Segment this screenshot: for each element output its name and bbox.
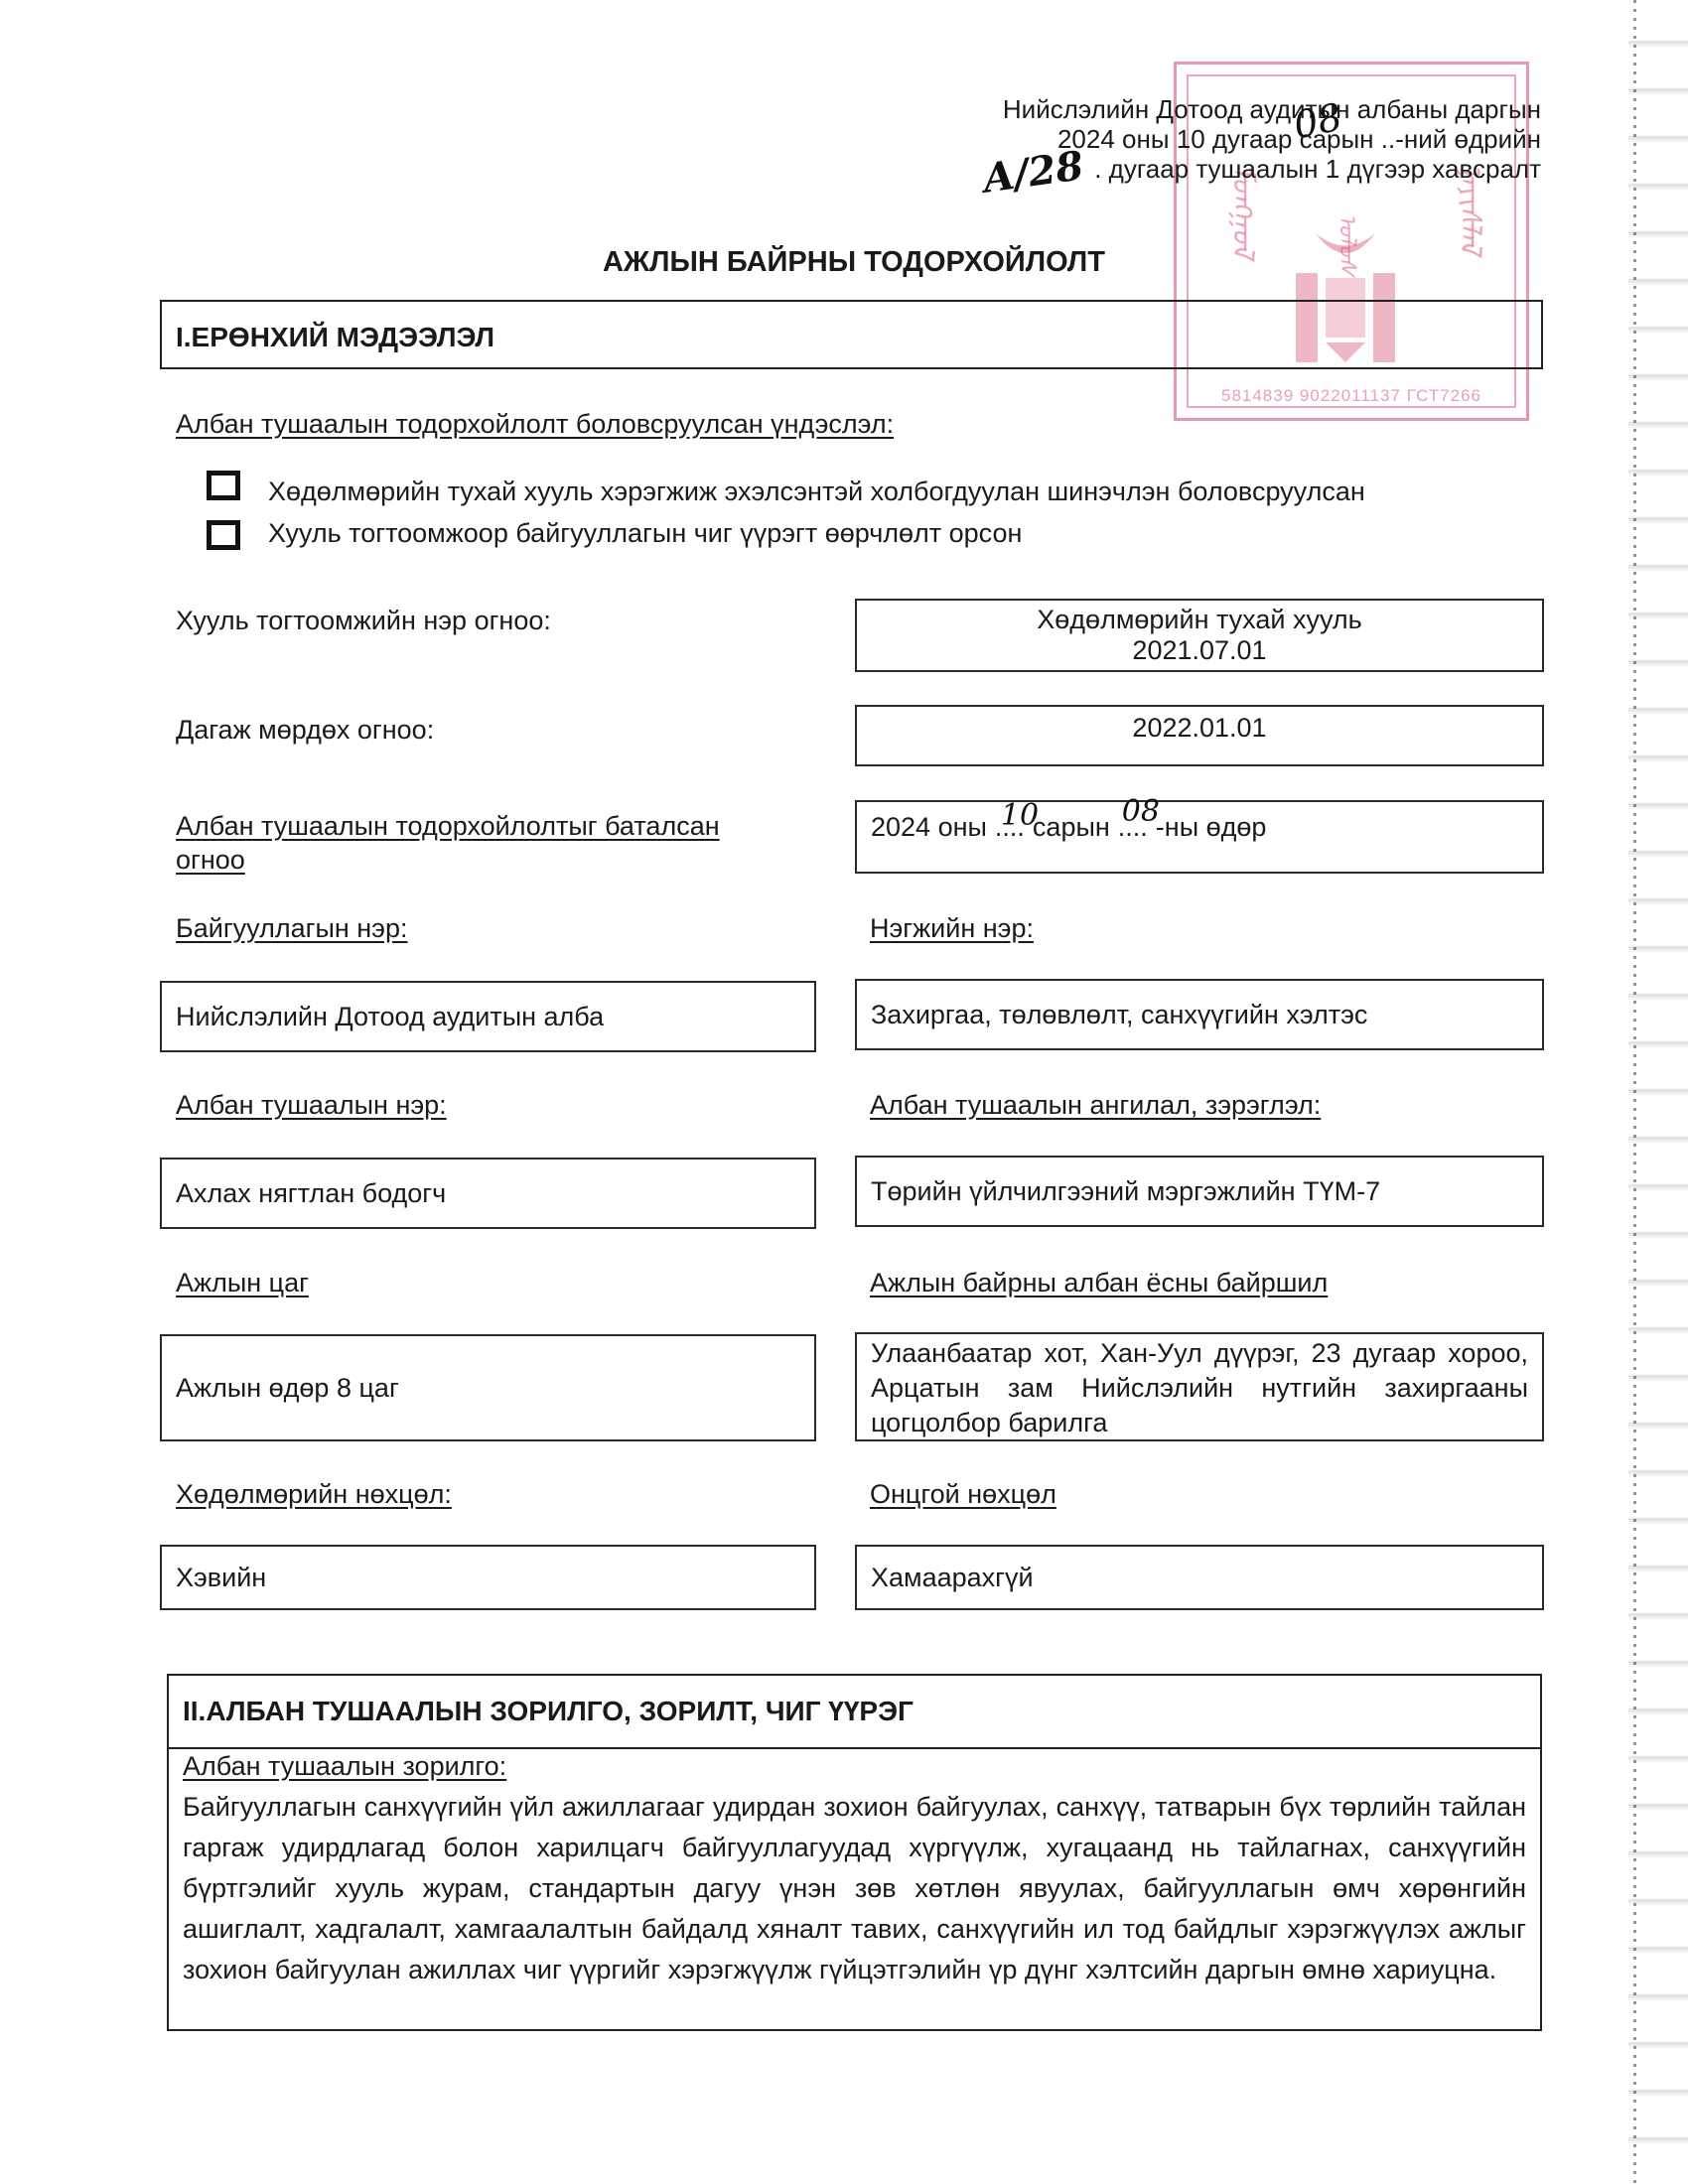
unit-label: Нэгжийн нэр: — [870, 913, 1034, 944]
approved-month-word: сарын — [1033, 812, 1110, 843]
approved-date-label: Албан тушаалын тодорхойлолтыг баталсан о… — [176, 809, 720, 877]
work-conditions-label: Хөдөлмөрийн нөхцөл: — [176, 1479, 452, 1510]
attachment-note-line2: 2024 оны 10 дугаар сарын ..-ний өдрийн — [1003, 124, 1541, 154]
special-conditions-label: Онцгой нөхцөл — [870, 1479, 1056, 1510]
organization-field: Нийслэлийн Дотоод аудитын алба — [160, 981, 816, 1052]
checkbox-label-function-change: Хууль тогтоомжоор байгууллагын чиг үүрэг… — [268, 518, 1022, 549]
purpose-text: Байгууллагын санхүүгийн үйл ажиллагааг у… — [183, 1787, 1526, 1990]
effective-date-value: 2022.01.01 — [1132, 713, 1266, 744]
work-hours-value: Ажлын өдөр 8 цаг — [176, 1373, 399, 1404]
unit-value: Захиргаа, төлөвлөлт, санхүүгийн хэлтэс — [871, 1000, 1367, 1030]
section1-header-box: I.ЕРӨНХИЙ МЭДЭЭЛЭЛ — [160, 300, 1543, 369]
unit-field: Захиргаа, төлөвлөлт, санхүүгийн хэлтэс — [855, 979, 1544, 1050]
classification-field: Төрийн үйлчилгээний мэргэжлийн ТҮМ-7 — [855, 1156, 1544, 1227]
work-hours-field: Ажлын өдөр 8 цаг — [160, 1334, 816, 1441]
approved-day-blank: .... 08 — [1118, 812, 1148, 843]
approved-date-label-line2: огноо — [176, 843, 720, 877]
handwritten-month: 10 — [1001, 798, 1039, 833]
approved-month-blank: .... 10 — [995, 812, 1025, 843]
law-name-date-field: Хөдөлмөрийн тухай хууль 2021.07.01 — [855, 599, 1544, 672]
special-conditions-field: Хамаарахгүй — [855, 1545, 1544, 1610]
checkbox-label-labor-law-renewal: Хөдөлмөрийн тухай хууль хэрэгжиж эхэлсэн… — [268, 477, 1365, 507]
approved-year: 2024 оны — [871, 812, 987, 843]
stamp-numbers: 5814839 9022011137 ГСТ7266 — [1177, 386, 1526, 406]
document-title: АЖЛЫН БАЙРНЫ ТОДОРХОЙЛОЛТ — [0, 246, 1688, 279]
handwritten-approved-day: 08 — [1122, 794, 1160, 829]
organization-value: Нийслэлийн Дотоод аудитын алба — [176, 1002, 604, 1032]
purpose-label: Албан тушаалын зорилго: — [183, 1751, 506, 1782]
location-field: Улаанбаатар хот, Хан-Уул дүүрэг, 23 дуга… — [855, 1332, 1544, 1441]
approved-suffix: -ны өдөр — [1156, 812, 1267, 843]
approved-date-field: 2024 оны .... 10 сарын .... 08 -ны өдөр — [855, 800, 1544, 874]
scan-edge-artifact — [1628, 0, 1688, 2184]
location-label: Ажлын байрны албан ёсны байршил — [870, 1268, 1328, 1298]
section1-title: I.ЕРӨНХИЙ МЭДЭЭЛЭЛ — [176, 322, 494, 353]
work-conditions-field: Хэвийн — [160, 1545, 816, 1610]
checkbox-function-change[interactable] — [207, 520, 240, 550]
basis-label: Албан тушаалын тодорхойлолт боловсруулса… — [176, 409, 894, 440]
section2-header: II.АЛБАН ТУШААЛЫН ЗОРИЛГО, ЗОРИЛТ, ЧИГ Ү… — [169, 1676, 1540, 1749]
law-name-value: Хөдөлмөрийн тухай хууль — [1037, 605, 1361, 635]
scan-line-artifact — [1633, 0, 1636, 2184]
approved-date-label-line1: Албан тушаалын тодорхойлолтыг баталсан — [176, 809, 720, 843]
organization-label: Байгууллагын нэр: — [176, 913, 407, 944]
location-value: Улаанбаатар хот, Хан-Уул дүүрэг, 23 дуга… — [871, 1336, 1528, 1440]
classification-value: Төрийн үйлчилгээний мэргэжлийн ТҮМ-7 — [871, 1176, 1380, 1207]
attachment-note-line1: Нийслэлийн Дотоод аудитын албаны даргын — [1003, 94, 1541, 124]
classification-label: Албан тушаалын ангилал, зэрэглэл: — [870, 1090, 1321, 1121]
law-name-date-label: Хууль тогтоомжийн нэр огноо: — [176, 606, 551, 636]
handwritten-order-number: A/28 — [980, 142, 1086, 203]
effective-date-field: 2022.01.01 — [855, 705, 1544, 766]
work-hours-label: Ажлын цаг — [176, 1268, 309, 1298]
work-conditions-value: Хэвийн — [176, 1563, 266, 1593]
effective-date-label: Дагаж мөрдөх огноо: — [176, 715, 434, 746]
position-field: Ахлах нягтлан бодогч — [160, 1158, 816, 1229]
section2-box: II.АЛБАН ТУШААЛЫН ЗОРИЛГО, ЗОРИЛТ, ЧИГ Ү… — [167, 1674, 1542, 2031]
section2-title: II.АЛБАН ТУШААЛЫН ЗОРИЛГО, ЗОРИЛТ, ЧИГ Ү… — [183, 1696, 914, 1727]
special-conditions-value: Хамаарахгүй — [871, 1563, 1034, 1593]
position-value: Ахлах нягтлан бодогч — [176, 1178, 446, 1209]
law-date-value: 2021.07.01 — [1132, 635, 1266, 666]
position-label: Албан тушаалын нэр: — [176, 1090, 447, 1121]
checkbox-labor-law-renewal[interactable] — [207, 471, 240, 500]
